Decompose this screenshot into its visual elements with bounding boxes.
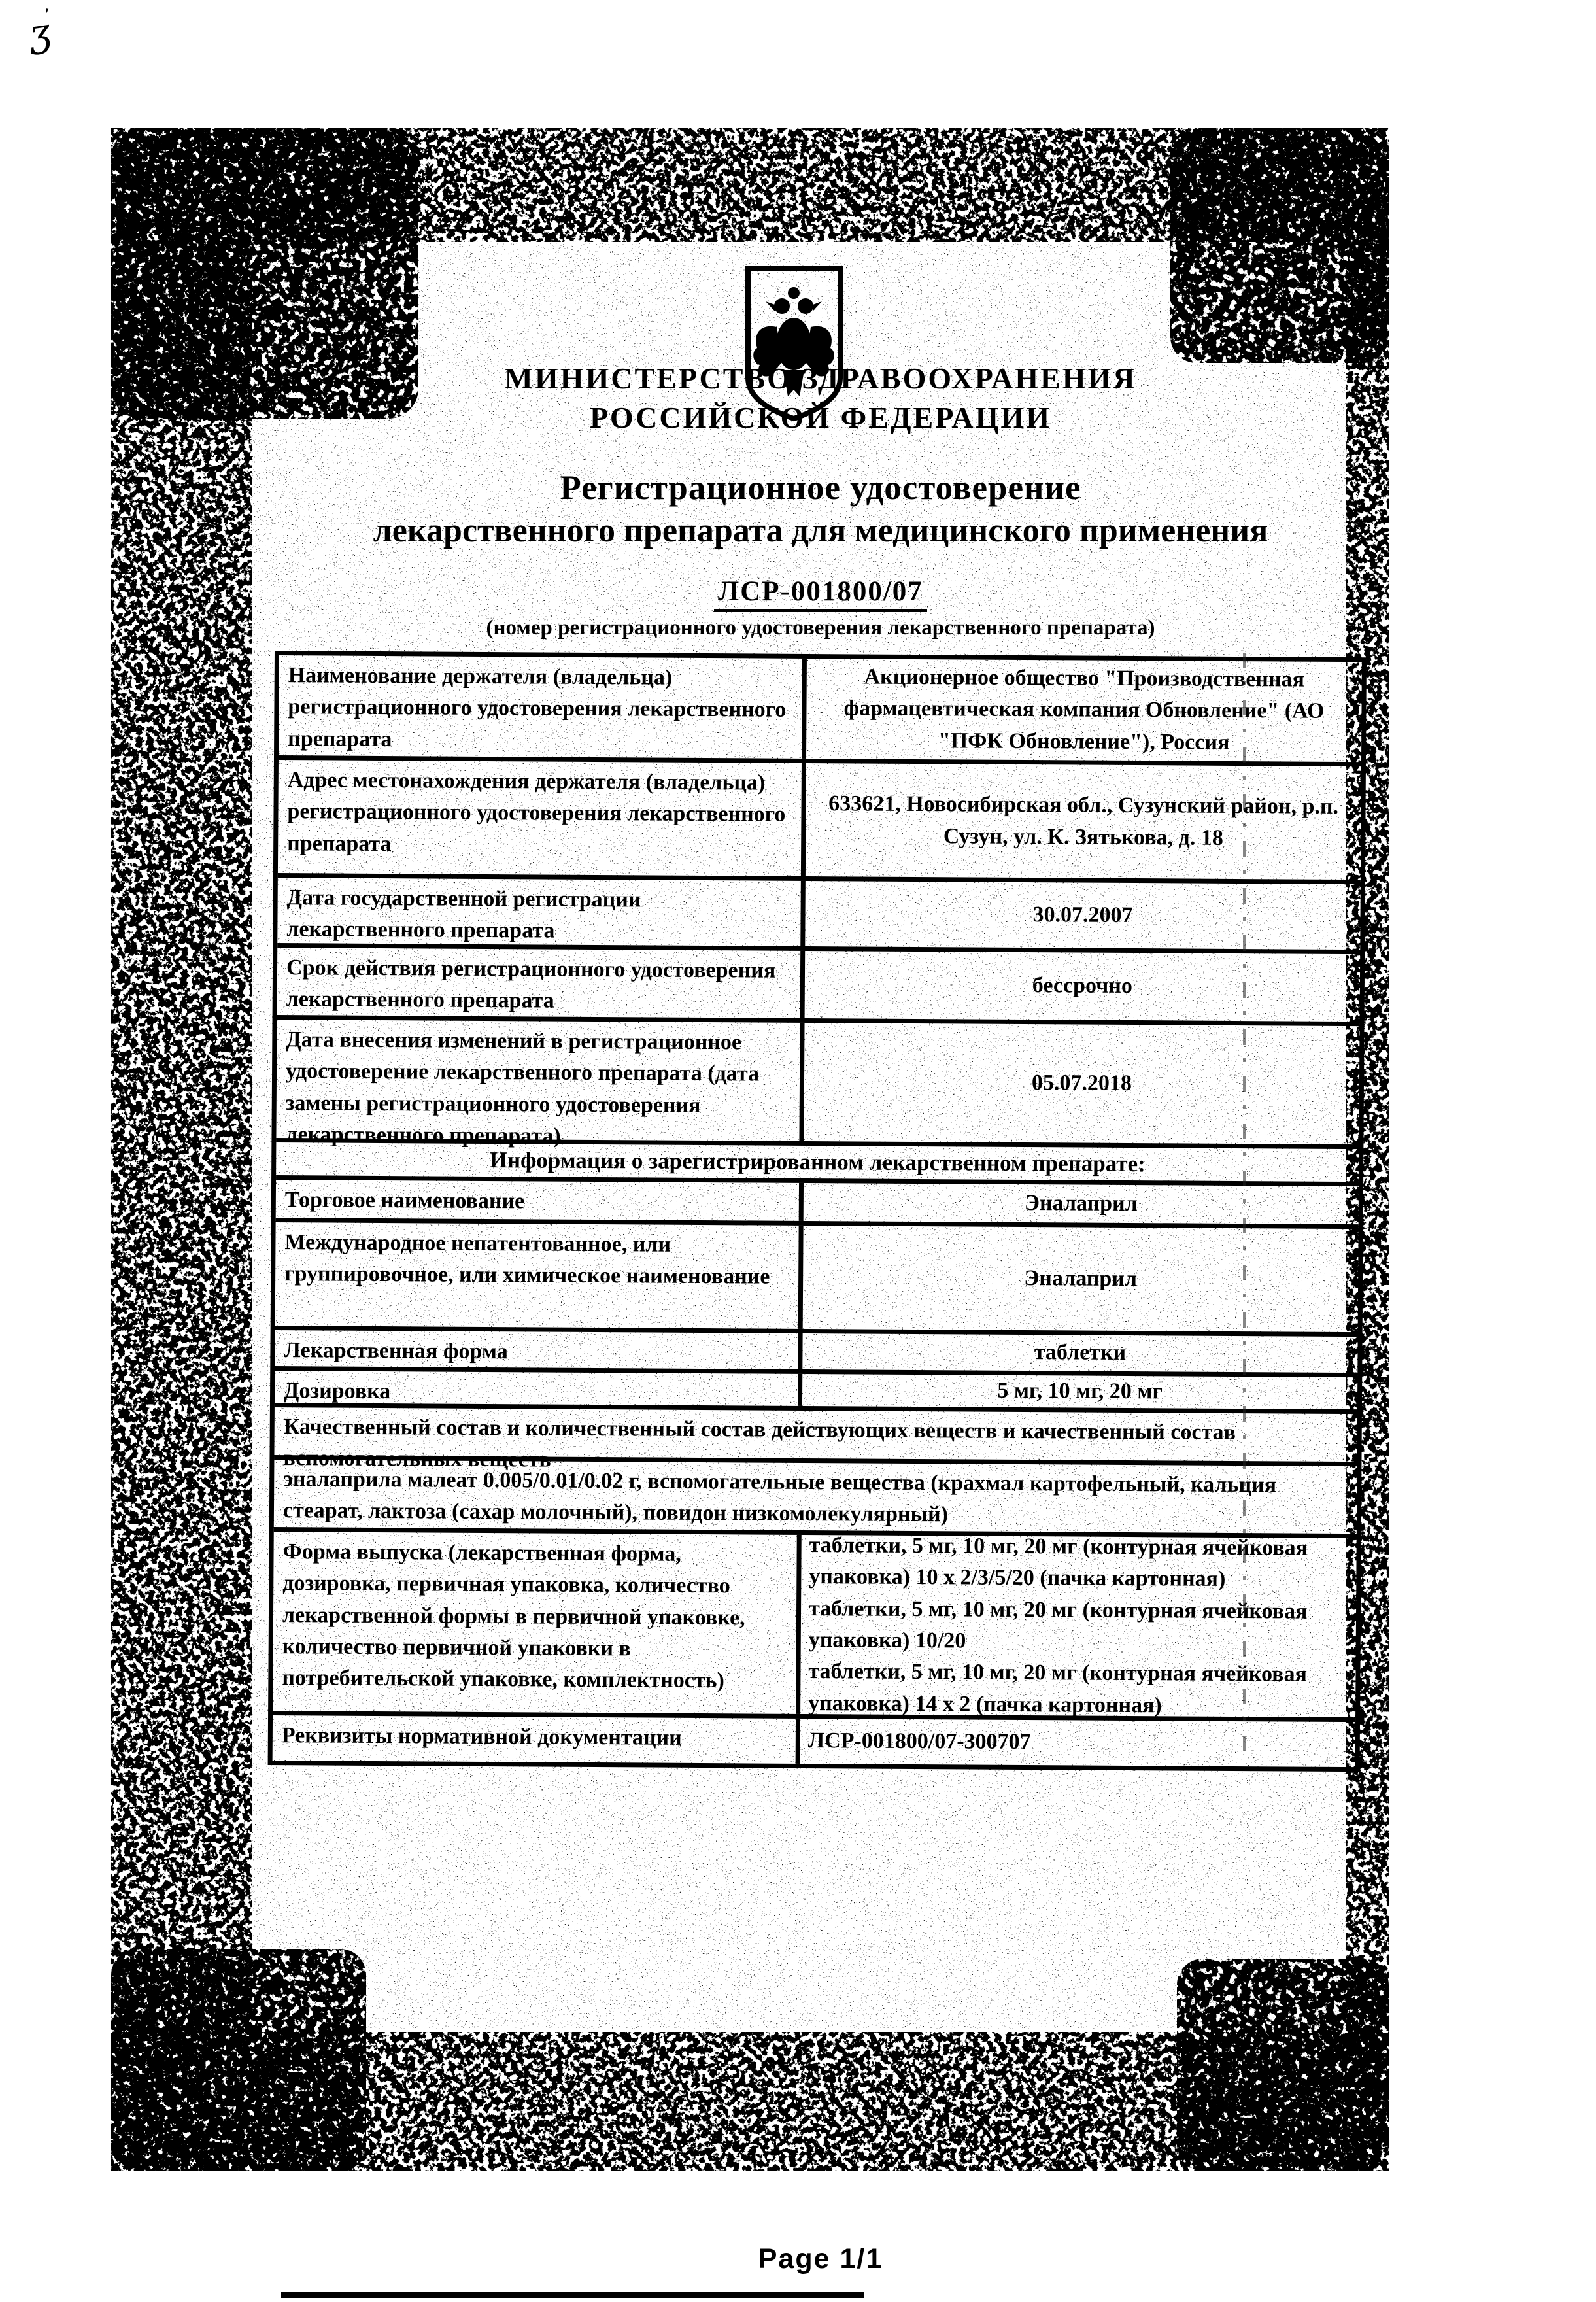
field-label: Реквизиты нормативной документации xyxy=(273,1715,800,1764)
table-section-row: эналаприла малеат 0.005/0.01/0.02 г, всп… xyxy=(274,1460,1357,1538)
table-row: Форма выпуска (лекарственная форма, дози… xyxy=(273,1532,1357,1722)
field-label: Международное непатентованное, или групп… xyxy=(275,1222,804,1329)
certificate-page: ʒ ' МИНИСТЕРСТВО ЗДРАВООХРАНЕНИЯ РОССИЙС… xyxy=(0,0,1596,2302)
table-row: Торговое наименование Эналаприл xyxy=(276,1180,1359,1229)
field-value: 30.07.2007 xyxy=(805,881,1361,950)
table-row: Наименование держателя (владельца) регис… xyxy=(279,655,1362,766)
composition-text: эналаприла малеат 0.005/0.01/0.02 г, всп… xyxy=(274,1460,1357,1534)
ministry-name-line2: РОССИЙСКОЙ ФЕДЕРАЦИИ xyxy=(275,400,1367,435)
table-row: Международное непатентованное, или групп… xyxy=(275,1222,1359,1337)
document-title-line2: лекарственного препарата для медицинског… xyxy=(275,511,1367,550)
registration-number-caption: (номер регистрационного удостоверения ле… xyxy=(275,616,1367,640)
field-value: Эналаприл xyxy=(804,1183,1359,1224)
registration-number: ЛСР-001800/07 xyxy=(275,575,1367,612)
serial-number: 020692 xyxy=(1191,1972,1313,2007)
field-value: Эналаприл xyxy=(803,1226,1359,1332)
field-label: Форма выпуска (лекарственная форма, дози… xyxy=(273,1532,802,1714)
field-label: Наименование держателя (владельца) регис… xyxy=(279,655,807,759)
field-value: ЛСР-001800/07-300707 xyxy=(800,1719,1355,1767)
field-label: Дата внесения изменений в регистрационно… xyxy=(276,1020,804,1141)
table-row: Дата внесения изменений в регистрационно… xyxy=(276,1020,1359,1149)
table-section-row: Качественный состав и количественный сос… xyxy=(274,1407,1357,1466)
table-row: Срок действия регистрационного удостовер… xyxy=(277,948,1361,1026)
scan-edge-line xyxy=(281,2292,864,2298)
field-value: таблетки xyxy=(802,1333,1357,1373)
composition-heading: Качественный состав и количественный сос… xyxy=(274,1407,1357,1462)
table-section-header: Информация о зарегистрированном лекарств… xyxy=(276,1142,1359,1186)
field-label: Дата государственной регистрации лекарст… xyxy=(277,878,806,946)
field-value: 5 мг, 10 мг, 20 мг xyxy=(802,1374,1357,1409)
registration-table: Наименование держателя (владельца) регис… xyxy=(268,651,1367,1772)
field-label: Адрес местонахождения держателя (владель… xyxy=(278,760,806,876)
field-value: 633621, Новосибирская обл., Сузунский ра… xyxy=(806,763,1361,880)
table-row: Дата государственной регистрации лекарст… xyxy=(277,878,1361,954)
field-value: 05.07.2018 xyxy=(804,1023,1359,1144)
field-value: Акционерное общество "Производственная ф… xyxy=(806,659,1362,762)
field-label: Торговое наименование xyxy=(276,1180,804,1221)
section-header-text: Информация о зарегистрированном лекарств… xyxy=(276,1142,1359,1182)
table-row: Лекарственная форма таблетки xyxy=(275,1330,1357,1377)
page-footer: Page 1/1 xyxy=(275,2243,1367,2275)
table-row: Адрес местонахождения держателя (владель… xyxy=(278,760,1361,884)
document-title-line1: Регистрационное удостоверение xyxy=(275,468,1367,507)
field-value: бессрочно xyxy=(805,951,1361,1022)
fold-crease-line xyxy=(1243,653,1246,1761)
field-label: Срок действия регистрационного удостовер… xyxy=(277,948,806,1018)
field-label: Лекарственная форма xyxy=(275,1330,802,1369)
table-row: Дозировка 5 мг, 10 мг, 20 мг xyxy=(275,1371,1357,1414)
table-row: Реквизиты нормативной документации ЛСР-0… xyxy=(273,1715,1355,1767)
field-label: Дозировка xyxy=(275,1371,802,1406)
field-value: таблетки, 5 мг, 10 мг, 20 мг (контурная … xyxy=(800,1535,1357,1717)
ministry-name-line1: МИНИСТЕРСТВО ЗДРАВООХРАНЕНИЯ xyxy=(275,361,1367,396)
